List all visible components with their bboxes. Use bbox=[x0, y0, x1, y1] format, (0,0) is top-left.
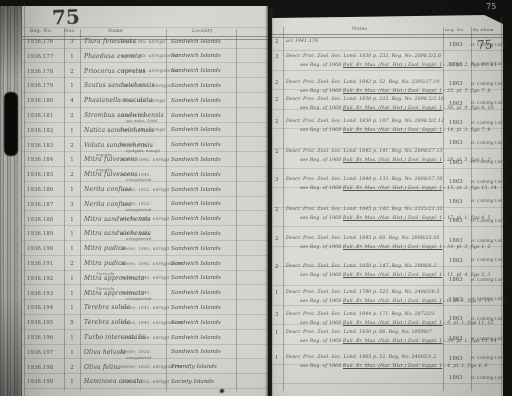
row-rule-left bbox=[22, 122, 268, 123]
note-count-cell: 1 bbox=[275, 330, 278, 336]
row-rule-left bbox=[22, 62, 268, 63]
note-line-2: see Reg. of 1968 Bull. Br. Mus. (Nat. Hi… bbox=[300, 63, 497, 68]
note-line-1: a/c 1941.178 bbox=[286, 39, 318, 44]
note-line-2-part: see Reg. of 1968 bbox=[300, 216, 343, 221]
row-rule-right bbox=[273, 266, 503, 267]
row-rule-left bbox=[22, 299, 268, 300]
column-rule-left bbox=[64, 29, 65, 391]
note-line-2-part: Bull. Br. Mus. (Nat. Hist.) Zool. Suppl.… bbox=[343, 63, 442, 68]
header-rule bbox=[22, 39, 268, 40]
note-line-2-part: : 11, pl. 4, figs 2, 3 bbox=[442, 273, 490, 278]
note-line-1: Descr. Proc. Zool. Soc. Lond. 1844 p. 17… bbox=[286, 312, 435, 317]
row-rule-left bbox=[22, 225, 268, 226]
row-rule-left bbox=[22, 314, 268, 315]
note-line-1: Descr. Proc. Zool. Soc. Lond. 1850 p. 10… bbox=[286, 119, 444, 124]
scanned-register-page: 75 75 75 Reg. No. Nos. Name Locality Not… bbox=[0, 0, 512, 396]
note-line-1: Descr. Proc. Zool. Soc. Lond. 1850 p. 23… bbox=[286, 54, 441, 59]
row-rule-left bbox=[22, 358, 268, 359]
note-line-1: Descr. Proc. Zool. Soc. Lond. 1845 p. 14… bbox=[286, 149, 443, 154]
note-line-1: Descr. Proc. Zool. Soc. Lond. 1865 p. 52… bbox=[286, 355, 436, 360]
row-rule-left bbox=[22, 240, 268, 241]
note-line-2-part: Bull. Br. Mus. (Nat. Hist.) Zool. Suppl.… bbox=[343, 216, 442, 221]
row-rule-left bbox=[22, 270, 268, 271]
row-rule-right bbox=[273, 128, 503, 129]
note-line-2-part: see Reg. of 1968 bbox=[300, 273, 343, 278]
note-line-2-part: Bull. Br. Mus. (Nat. Hist.) Zool. Suppl.… bbox=[343, 158, 442, 163]
note-count-cell: 2 bbox=[275, 39, 278, 45]
row-rule-right bbox=[273, 70, 503, 71]
row-rule-left bbox=[22, 284, 268, 285]
scan-background-right bbox=[502, 0, 512, 396]
column-rule-left bbox=[166, 29, 167, 391]
row-rule-left bbox=[22, 107, 268, 108]
note-count-cell: 2 bbox=[275, 97, 278, 103]
note-line-2: see Reg. of 1968 Bull. Br. Mus. (Nat. Hi… bbox=[300, 299, 491, 304]
row-rule-right bbox=[273, 148, 503, 149]
row-rule-left bbox=[22, 373, 268, 374]
note-count-cell: 2 bbox=[275, 149, 278, 155]
row-rule-right bbox=[273, 383, 503, 384]
row-rule-right bbox=[273, 89, 503, 90]
note-line-1: Descr. Proc. Zool. Soc. Lond. 1850 p. 22… bbox=[286, 97, 444, 102]
row-rule-left bbox=[22, 136, 268, 137]
column-rule-left bbox=[236, 29, 237, 391]
row-rule-left bbox=[22, 92, 268, 93]
header-by-whom: By whom bbox=[473, 27, 494, 32]
row-rule-right bbox=[273, 344, 503, 345]
header-rule bbox=[272, 34, 503, 35]
note-count-cell: 2 bbox=[275, 236, 278, 242]
note-line-2-part: : 29, pl. 5, figs 1, 2 bbox=[442, 158, 490, 163]
note-block: 2Descr. Proc. Zool. Soc. Lond. 1845 p. 1… bbox=[0, 203, 512, 221]
note-line-2: see Reg. of 1968 Bull. Br. Mus. (Nat. Hi… bbox=[300, 216, 491, 221]
note-block: 1Descr. Proc. Zool. Soc. Lond. 1865 p. 5… bbox=[0, 351, 512, 369]
scan-background-top-right bbox=[268, 0, 512, 16]
note-line-2-part: : 39, pl. 1, figs 13, 14 bbox=[442, 339, 497, 344]
row-rule-left bbox=[22, 344, 268, 345]
row-rule-left bbox=[22, 388, 268, 389]
note-line-1: Descr. Proc. Zool. Soc. Lond. 1850 p. 66… bbox=[286, 330, 432, 335]
note-count-cell: 3 bbox=[275, 54, 278, 60]
note-line-1: Descr. Proc. Zool. Soc. Lond. 1842 p. 52… bbox=[286, 80, 440, 85]
row-rule-right bbox=[273, 187, 503, 188]
note-count-cell: 1 bbox=[275, 355, 278, 361]
row-rule-right bbox=[273, 168, 503, 169]
note-line-2-part: see Reg. of 1968 bbox=[300, 299, 343, 304]
row-rule-left bbox=[22, 210, 268, 211]
note-line-2-part: : 17, pl. 1, figs 4, 5 bbox=[442, 216, 490, 221]
row-rule-left bbox=[22, 329, 268, 330]
row-rule-left bbox=[22, 166, 268, 167]
note-line-2: see Reg. of 1968 Bull. Br. Mus. (Nat. Hi… bbox=[300, 339, 497, 344]
acq-year-cell: 1863 bbox=[449, 277, 463, 283]
header-rule bbox=[272, 37, 503, 38]
row-rule-right bbox=[273, 246, 503, 247]
note-block: 3Descr. Proc. Zool. Soc. Lond. 1844 p. 1… bbox=[0, 308, 512, 326]
note-count-cell: 1 bbox=[275, 290, 278, 296]
row-rule-left bbox=[22, 196, 268, 197]
note-count-cell: 3 bbox=[275, 312, 278, 318]
row-rule-left bbox=[22, 151, 268, 152]
acq-year-cell: 1863 bbox=[449, 375, 463, 381]
row-rule-right bbox=[273, 50, 503, 51]
row-rule-right bbox=[273, 285, 503, 286]
note-line-2-part: Bull. Br. Mus. (Nat. Hist.) Zool. Suppl.… bbox=[343, 299, 442, 304]
note-line-1: Descr. Proc. Zool. Soc. Lond. 1786 p. 52… bbox=[286, 290, 440, 295]
note-line-2-part: see Reg. of 1968 bbox=[300, 339, 343, 344]
header-rule bbox=[22, 36, 268, 37]
note-line-2-part: : 6, pl. 1, figs 9, 10 bbox=[442, 299, 490, 304]
page-number-left: 75 bbox=[52, 5, 81, 30]
header-notes: Notes bbox=[352, 27, 367, 32]
note-block: 1Descr. Proc. Zool. Soc. Lond. 1786 p. 5… bbox=[0, 286, 512, 304]
row-rule-right bbox=[273, 364, 503, 365]
row-rule-left bbox=[22, 255, 268, 256]
page-edge-rule bbox=[24, 3, 25, 396]
note-line-2-part: see Reg. of 1968 bbox=[300, 63, 343, 68]
row-rule-right bbox=[273, 109, 503, 110]
note-line-2: see Reg. of 1968 Bull. Br. Mus. (Nat. Hi… bbox=[300, 158, 491, 163]
row-rule-right bbox=[273, 226, 503, 227]
note-block: 3Descr. Proc. Zool. Soc. Lond. 1850 p. 2… bbox=[0, 50, 512, 68]
page-number-top-right-small: 75 bbox=[486, 2, 496, 11]
note-line-1: Descr. Proc. Zool. Soc. Lond. 1844 p. 13… bbox=[286, 177, 443, 182]
note-count-cell: 2 bbox=[275, 119, 278, 125]
column-rule-right bbox=[283, 27, 284, 391]
column-rule-left bbox=[80, 29, 81, 391]
note-line-2-part: Bull. Br. Mus. (Nat. Hist.) Zool. Suppl.… bbox=[343, 339, 442, 344]
note-count-cell: 2 bbox=[275, 80, 278, 86]
row-rule-right bbox=[273, 305, 503, 306]
note-block: 2Descr. Proc. Zool. Soc. Lond. 1845 p. 6… bbox=[0, 232, 512, 250]
row-rule-right bbox=[273, 324, 503, 325]
author-cell: Reeve, MS. unregistered bbox=[121, 69, 179, 74]
note-count-cell: 2 bbox=[275, 207, 278, 213]
column-rule-right bbox=[471, 27, 472, 391]
note-block: 3Descr. Proc. Zool. Soc. Lond. 1844 p. 1… bbox=[0, 173, 512, 191]
note-line-2-part: Bull. Br. Mus. (Nat. Hist.) Zool. Suppl.… bbox=[343, 273, 442, 278]
note-line-2-part: see Reg. of 1968 bbox=[300, 158, 343, 163]
row-rule-left bbox=[22, 77, 268, 78]
note-line-2: see Reg. of 1968 Bull. Br. Mus. (Nat. Hi… bbox=[300, 273, 491, 278]
row-rule-right bbox=[273, 207, 503, 208]
note-block: 2Descr. Proc. Zool. Soc. Lond. 1850 p. 1… bbox=[0, 115, 512, 133]
row-rule-left bbox=[22, 181, 268, 182]
header-acq-no: Acq. No. bbox=[445, 27, 465, 32]
row-rule-left bbox=[22, 48, 268, 49]
header-rule-top bbox=[22, 27, 268, 28]
note-line-2-part: : 34, pl. 2, figs 12, 13 bbox=[442, 63, 497, 68]
note-count-cell: 3 bbox=[275, 177, 278, 183]
column-rule-right bbox=[443, 27, 444, 391]
note-line-1: Descr. Proc. Zool. Soc. Lond. 1845 p. 60… bbox=[286, 236, 440, 241]
